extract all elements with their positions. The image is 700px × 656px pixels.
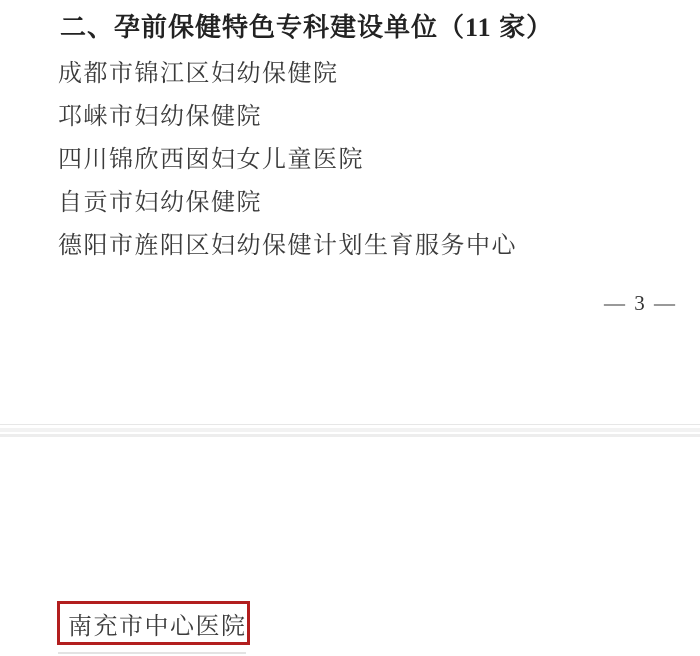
document-page-4: 南充市中心医院: [0, 439, 700, 656]
separator-line: [0, 434, 700, 437]
section-heading: 二、孕前保健特色专科建设单位（11 家）: [60, 13, 553, 43]
list-item: 成都市锦江区妇幼保健院: [58, 60, 339, 88]
page-number: — 3 —: [604, 291, 677, 316]
list-item: 德阳市旌阳区妇幼保健计划生育服务中心: [58, 232, 517, 260]
list-item: 邛崃市妇幼保健院: [58, 103, 262, 131]
document-page-3: 二、孕前保健特色专科建设单位（11 家） 成都市锦江区妇幼保健院 邛崃市妇幼保健…: [0, 0, 700, 423]
list-item: 自贡市妇幼保健院: [58, 189, 262, 217]
document-viewer: 二、孕前保健特色专科建设单位（11 家） 成都市锦江区妇幼保健院 邛崃市妇幼保健…: [0, 0, 700, 656]
page-separator: [0, 423, 700, 439]
highlighted-text: 南充市中心医院: [60, 606, 247, 641]
highlight-box-shadow: [58, 652, 246, 654]
separator-band: [0, 428, 700, 432]
list-item: 四川锦欣西囡妇女儿童医院: [58, 146, 364, 174]
highlight-box: 南充市中心医院: [57, 601, 250, 645]
separator-line: [0, 424, 700, 425]
